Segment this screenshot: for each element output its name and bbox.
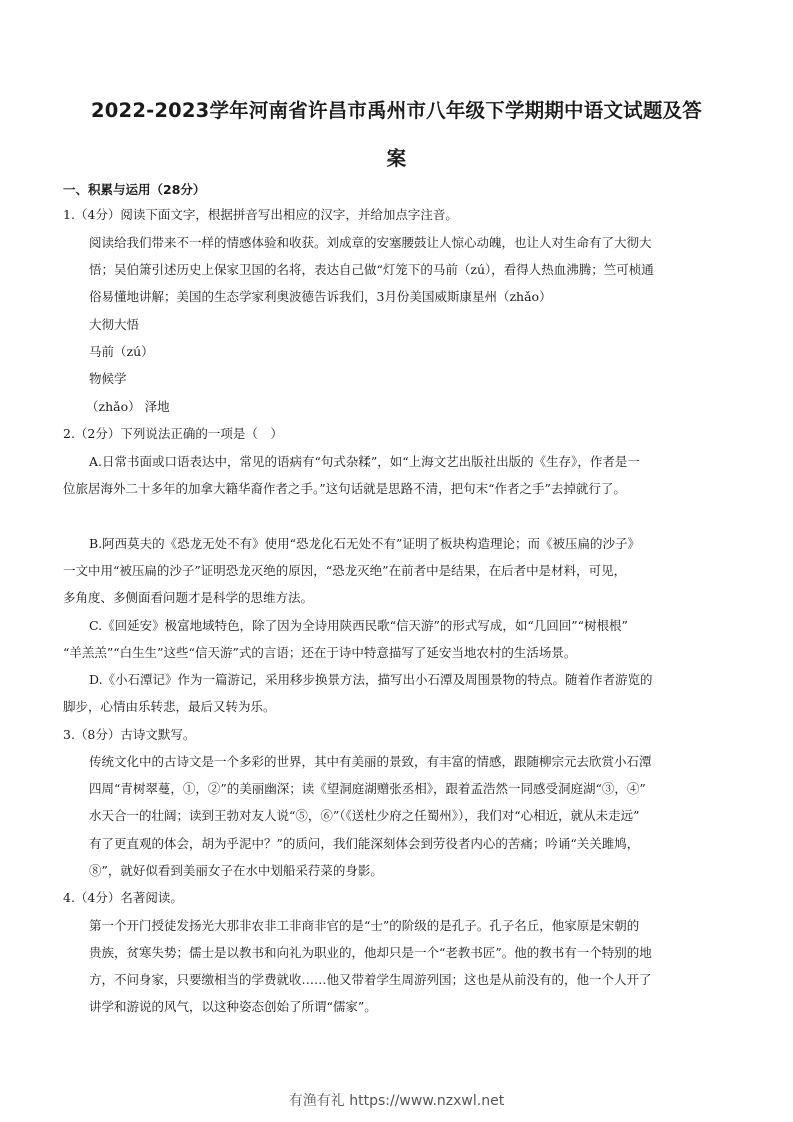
question-1-passage-line: 俗易懂地讲解；美国的生态学家利奥波德告诉我们，3月份美国威斯康星州（zhǎo） xyxy=(89,289,552,305)
question-4-passage-line: 第一个开门授徒发扬光大那非农非工非商非官的是“士”的阶级的是孔子。孔子名丘，他家… xyxy=(89,918,639,934)
option-b-line: B.阿西莫夫的《恐龙无处不有》使用“恐龙化石无处不有”证明了板块构造理论；而《被… xyxy=(89,536,640,552)
document-title-line2: 案 xyxy=(40,143,753,171)
option-c-line: C.《回延安》极富地域特色，除了因为全诗用陕西民歌“信天游”的形式写成，如“几回… xyxy=(89,618,628,634)
document-title-line1: 2022-2023学年河南省许昌市禹州市八年级下学期期中语文试题及答 xyxy=(40,95,753,123)
option-c-line: “羊羔羔”“白生生”这些“信天游”式的言语；还在于诗中特意描写了延安当地农村的生… xyxy=(63,645,576,661)
question-1-item: 大彻大悟 xyxy=(89,317,139,333)
option-b-line: 多角度、多侧面看问题才是科学的思维方法。 xyxy=(63,590,313,606)
question-1-passage-line: 阅读给我们带来不一样的情感体验和收获。刘成章的安塞腰鼓让人惊心动魄，也让人对生命… xyxy=(89,235,652,251)
question-3-passage-line: 传统文化中的古诗文是一个多彩的世界，其中有美丽的景致，有丰富的情感，跟随柳宗元去… xyxy=(89,754,652,770)
question-2-stem: 2.（2分）下列说法正确的一项是（ ） xyxy=(63,426,283,442)
option-d-line: D.《小石潭记》作为一篇游记，采用移步换景方法，描写出小石潭及周围景物的特点。随… xyxy=(89,672,653,688)
section-heading: 一、积累与运用（28分） xyxy=(63,180,205,198)
question-3-passage-line: 有了更直观的体会，胡为乎泥中？”的质问，我们能深刻体会到劳役者内心的苦痛；吟诵“… xyxy=(89,836,639,852)
question-1-item: 马前（zú） xyxy=(89,344,154,360)
question-3-passage-line: 四周“青树翠蔓，①，②”的美丽幽深；读《望洞庭湖赠张丞相》，跟着孟浩然一同感受洞… xyxy=(89,781,646,797)
question-1-item: （zhǎo） 泽地 xyxy=(86,399,170,415)
option-d-line: 脚步，心情由乐转悲，最后又转为乐。 xyxy=(63,699,276,715)
option-b-line: 一文中用“被压扁的沙子”证明恐龙灭绝的原因，“恐龙灭绝”在前者中是结果，在后者中… xyxy=(63,563,626,579)
question-4-passage-line: 方，不问身家，只要缴相当的学费就收……他又带着学生周游列国；这也是从前没有的，他… xyxy=(89,972,652,988)
question-4-passage-line: 讲学和游说的风气，以这种姿态创始了所谓“儒家”。 xyxy=(89,999,377,1015)
question-1-passage-line: 悟；吴伯箫引述历史上保家卫国的名将，表达自己做“灯笼下的马前（zú），看得人热血… xyxy=(89,262,654,278)
question-4-stem: 4.（4分）名著阅读。 xyxy=(63,890,183,906)
option-a-line: A.日常书面或口语表达中，常见的语病有“句式杂糅”，如“上海文艺出版社出版的《生… xyxy=(89,454,640,470)
option-a-line: 位旅居海外二十多年的加拿大籍华裔作者之手。”这句话就是思路不清，把句末“作者之手… xyxy=(63,481,626,497)
footer-watermark: 有渔有礼 https://www.nzxwl.net xyxy=(0,1090,793,1110)
question-3-stem: 3.（8分）古诗文默写。 xyxy=(63,727,195,743)
question-3-passage-line: ⑧”，就好似看到美丽女子在水中划船采荇菜的身影。 xyxy=(89,863,383,879)
question-3-passage-line: 水天合一的壮阔；读到王勃对友人说“⑤，⑥”（《送杜少府之任蜀州》），我们对“心相… xyxy=(89,808,640,824)
question-1-item: 物候学 xyxy=(89,371,127,387)
question-1-stem: 1.（4分）阅读下面文字，根据拼音写出相应的汉字，并给加点字注音。 xyxy=(63,207,458,223)
question-4-passage-line: 贵族，贫寒失势；儒士是以教书和向礼为职业的，他却只是一个“老教书匠”。他的教书有… xyxy=(89,945,652,961)
